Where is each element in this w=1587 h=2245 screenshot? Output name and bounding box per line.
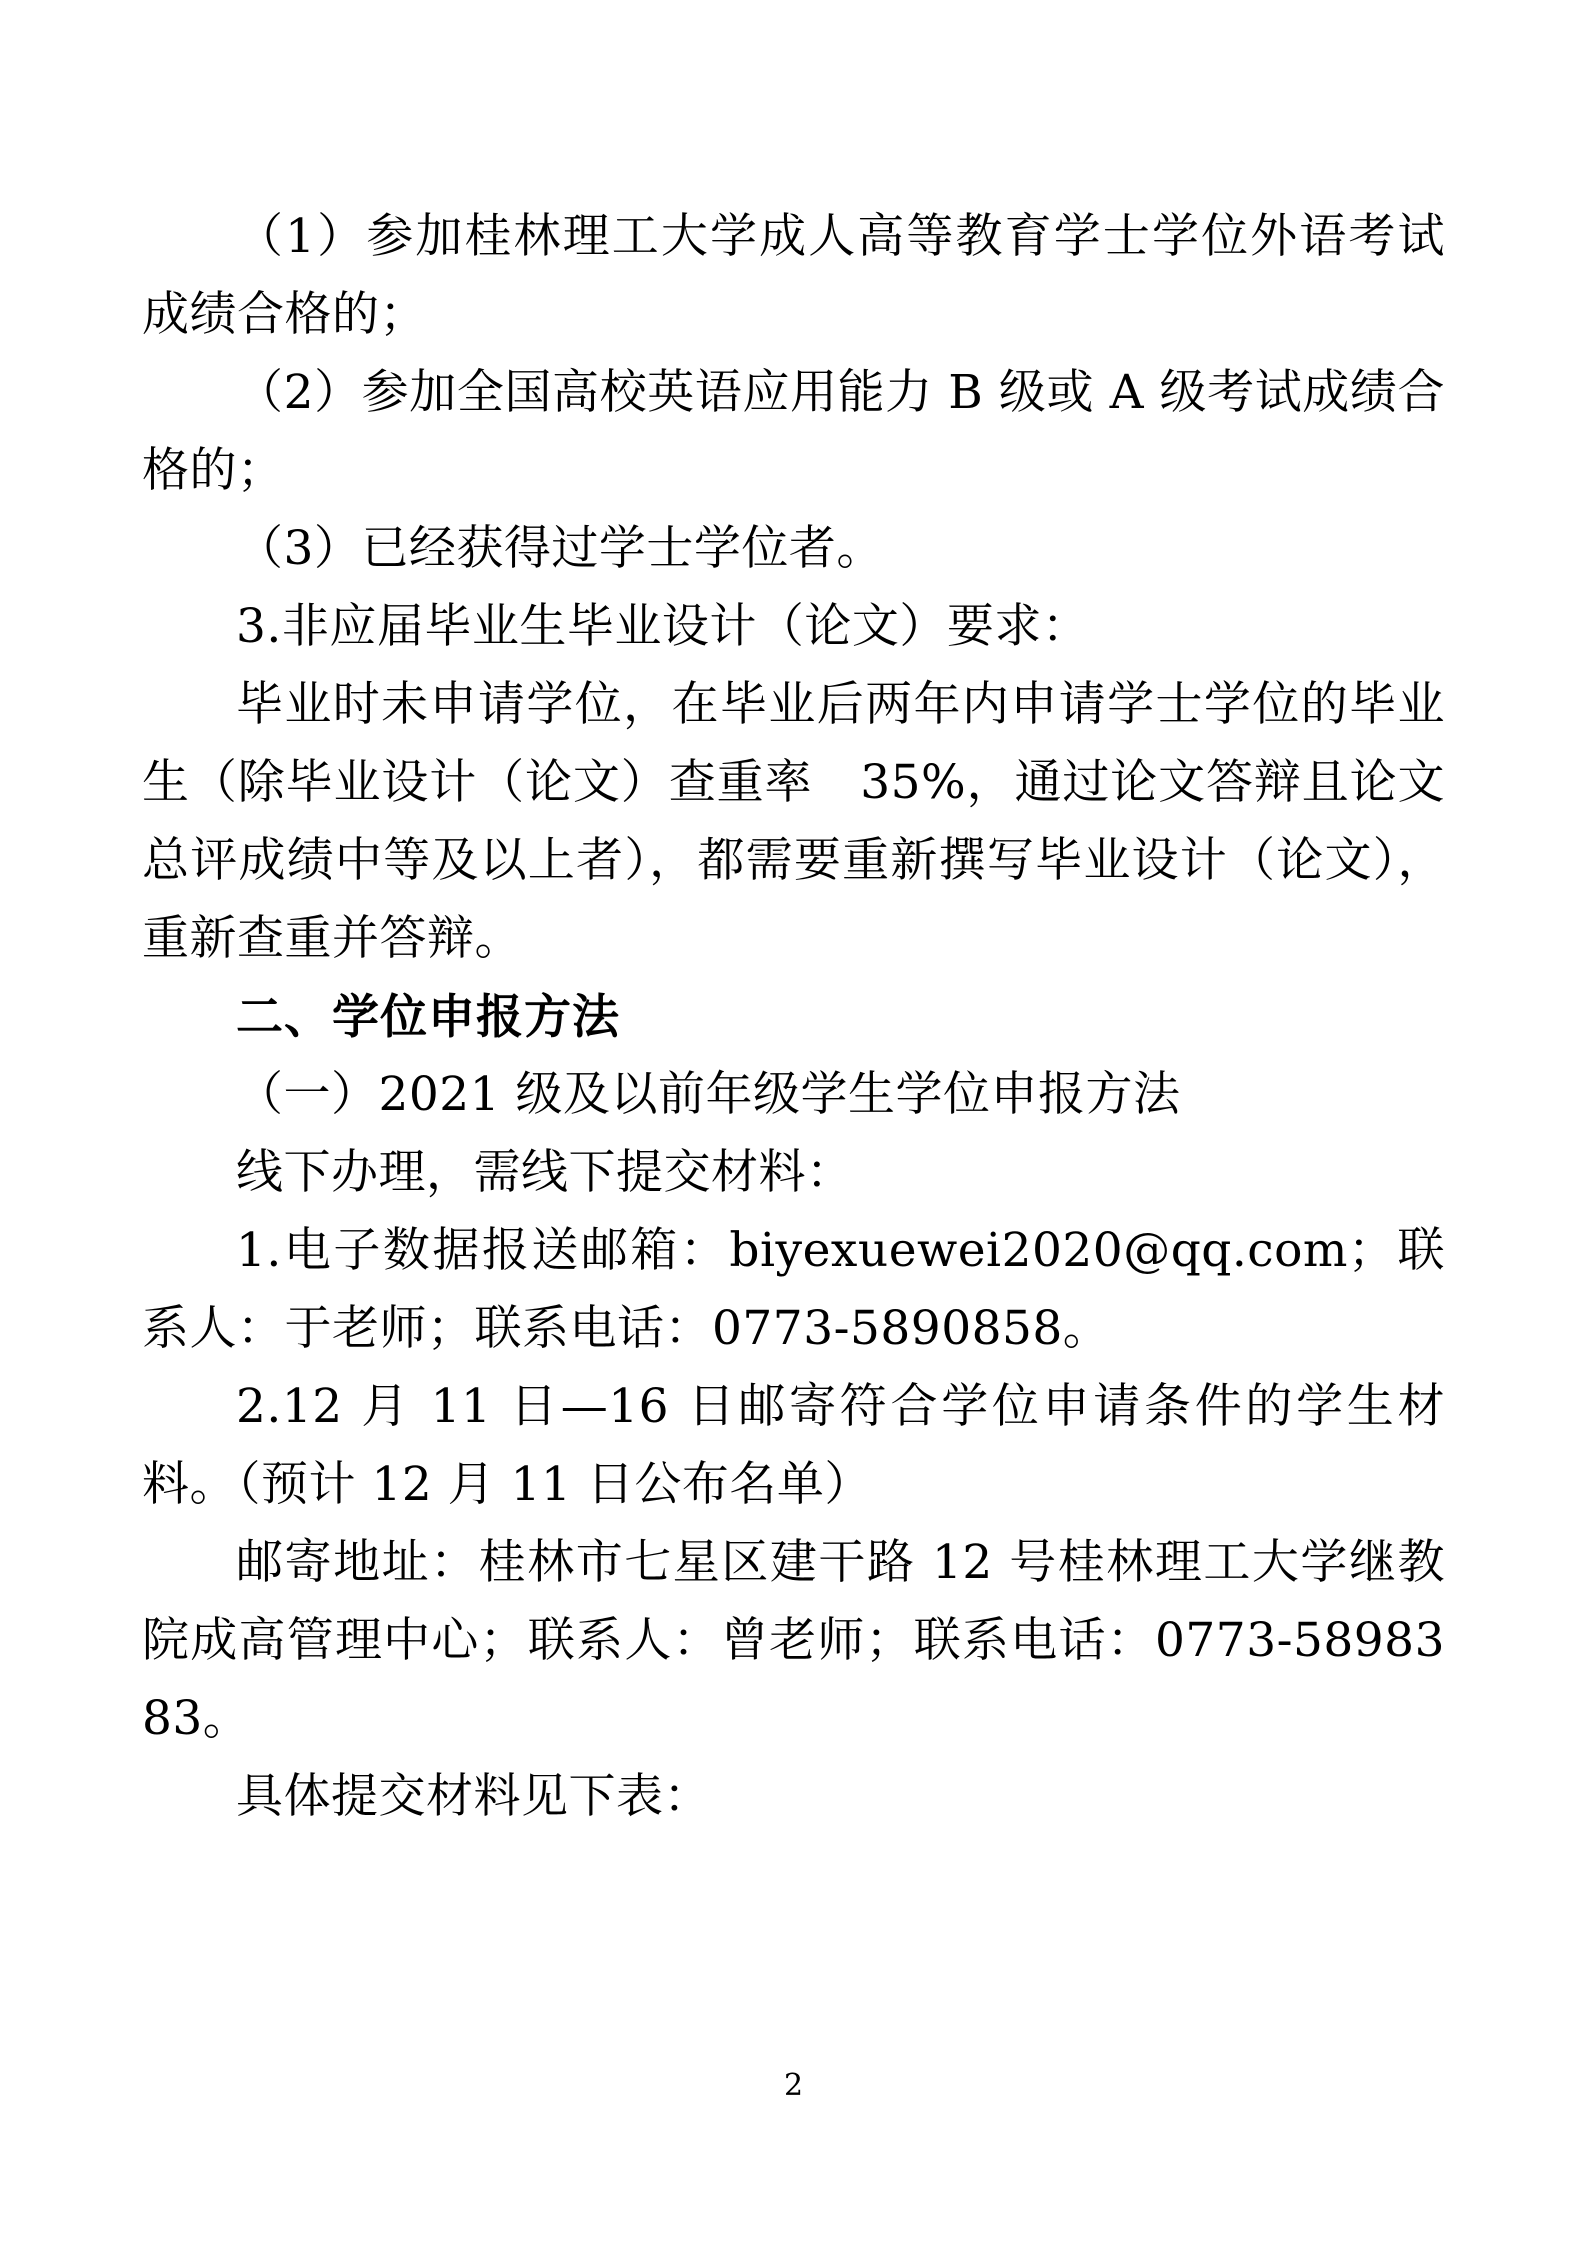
paragraph-see-table-below: 具体提交材料见下表： bbox=[142, 1758, 1445, 1836]
paragraph-condition-2: （2）参加全国高校英语应用能力 B 级或 A 级考试成绩合格的； bbox=[142, 354, 1445, 510]
paragraph-condition-3: （3）已经获得过学士学位者。 bbox=[142, 510, 1445, 588]
paragraph-mailing-dates: 2.12 月 11 日—16 日邮寄符合学位申请条件的学生材料。（预计 12 月… bbox=[142, 1368, 1445, 1524]
paragraph-condition-1: （1）参加桂林理工大学成人高等教育学士学位外语考试成绩合格的； bbox=[142, 198, 1445, 354]
paragraph-offline-processing: 线下办理，需线下提交材料： bbox=[142, 1134, 1445, 1212]
document-body: （1）参加桂林理工大学成人高等教育学士学位外语考试成绩合格的； （2）参加全国高… bbox=[142, 198, 1445, 1836]
section-heading-degree-application-method: 二、学位申报方法 bbox=[142, 978, 1445, 1056]
paragraph-thesis-requirement-title: 3.非应届毕业生毕业设计（论文）要求： bbox=[142, 588, 1445, 666]
paragraph-subsection-2021-students: （一）2021 级及以前年级学生学位申报方法 bbox=[142, 1056, 1445, 1134]
paragraph-mailing-address: 邮寄地址：桂林市七星区建干路 12 号桂林理工大学继教院成高管理中心；联系人：曾… bbox=[142, 1524, 1445, 1758]
page-footer: 2 bbox=[0, 2068, 1587, 2104]
paragraph-thesis-requirement-body: 毕业时未申请学位，在毕业后两年内申请学士学位的毕业生（除毕业设计（论文）查重率 … bbox=[142, 666, 1445, 978]
paragraph-email-contact: 1.电子数据报送邮箱：biyexuewei2020@qq.com；联系人：于老师… bbox=[142, 1212, 1445, 1368]
page-number: 2 bbox=[784, 2068, 803, 2103]
document-page: （1）参加桂林理工大学成人高等教育学士学位外语考试成绩合格的； （2）参加全国高… bbox=[0, 0, 1587, 2245]
